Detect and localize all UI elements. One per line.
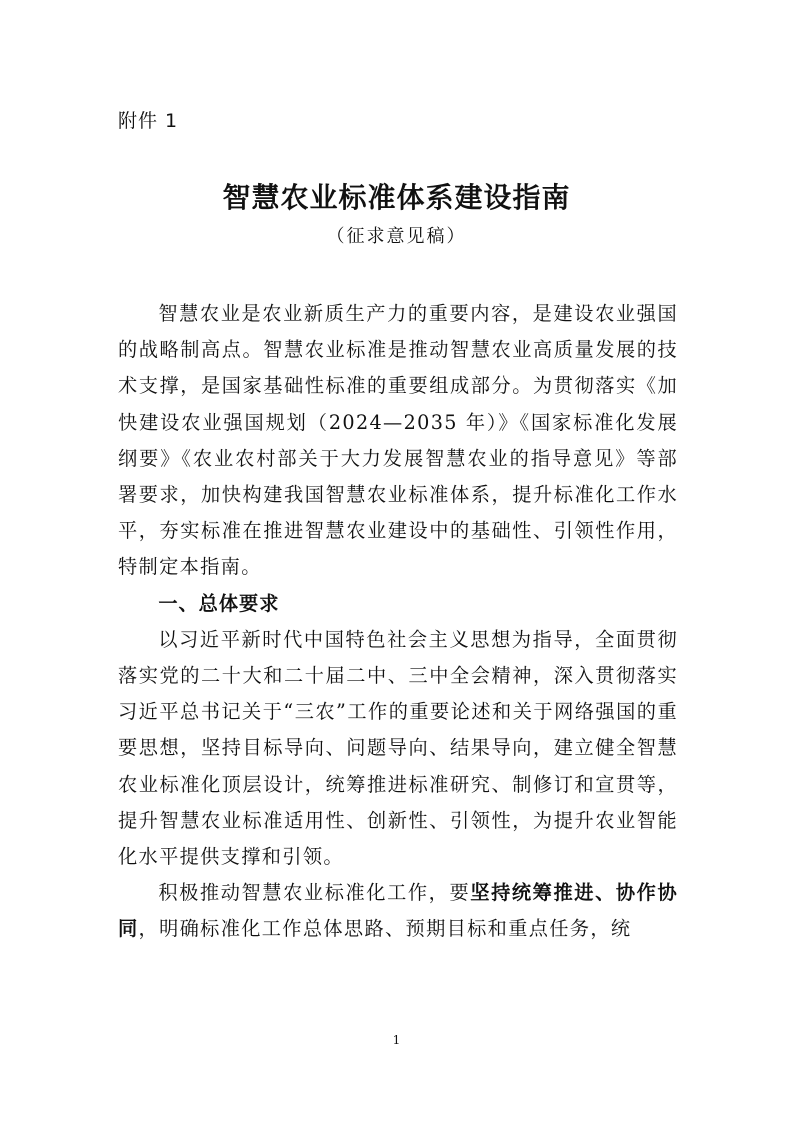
document-title: 智慧农业标准体系建设指南 xyxy=(0,176,793,216)
section-heading: 一、总体要求 xyxy=(118,586,678,622)
document-body: 智慧农业是农业新质生产力的重要内容，是建设农业强国的战略制高点。智慧农业标准是推… xyxy=(118,296,678,948)
section-paragraph: 以习近平新时代中国特色社会主义思想为指导，全面贯彻落实党的二十大和二十届二中、三… xyxy=(118,622,678,875)
section-paragraph-mixed: 积极推动智慧农业标准化工作，要坚持统筹推进、协作协同，明确标准化工作总体思路、预… xyxy=(118,875,678,947)
document-subtitle: （征求意见稿） xyxy=(0,222,793,248)
paragraph-text: ，明确标准化工作总体思路、预期目标和重点任务，统 xyxy=(139,917,632,940)
intro-paragraph: 智慧农业是农业新质生产力的重要内容，是建设农业强国的战略制高点。智慧农业标准是推… xyxy=(118,296,678,586)
document-page: 附件 1 智慧农业标准体系建设指南 （征求意见稿） 智慧农业是农业新质生产力的重… xyxy=(0,0,793,1122)
paragraph-text: 积极推动智慧农业标准化工作，要 xyxy=(158,881,470,904)
page-number: 1 xyxy=(0,1033,793,1047)
attachment-label: 附件 1 xyxy=(118,106,178,133)
